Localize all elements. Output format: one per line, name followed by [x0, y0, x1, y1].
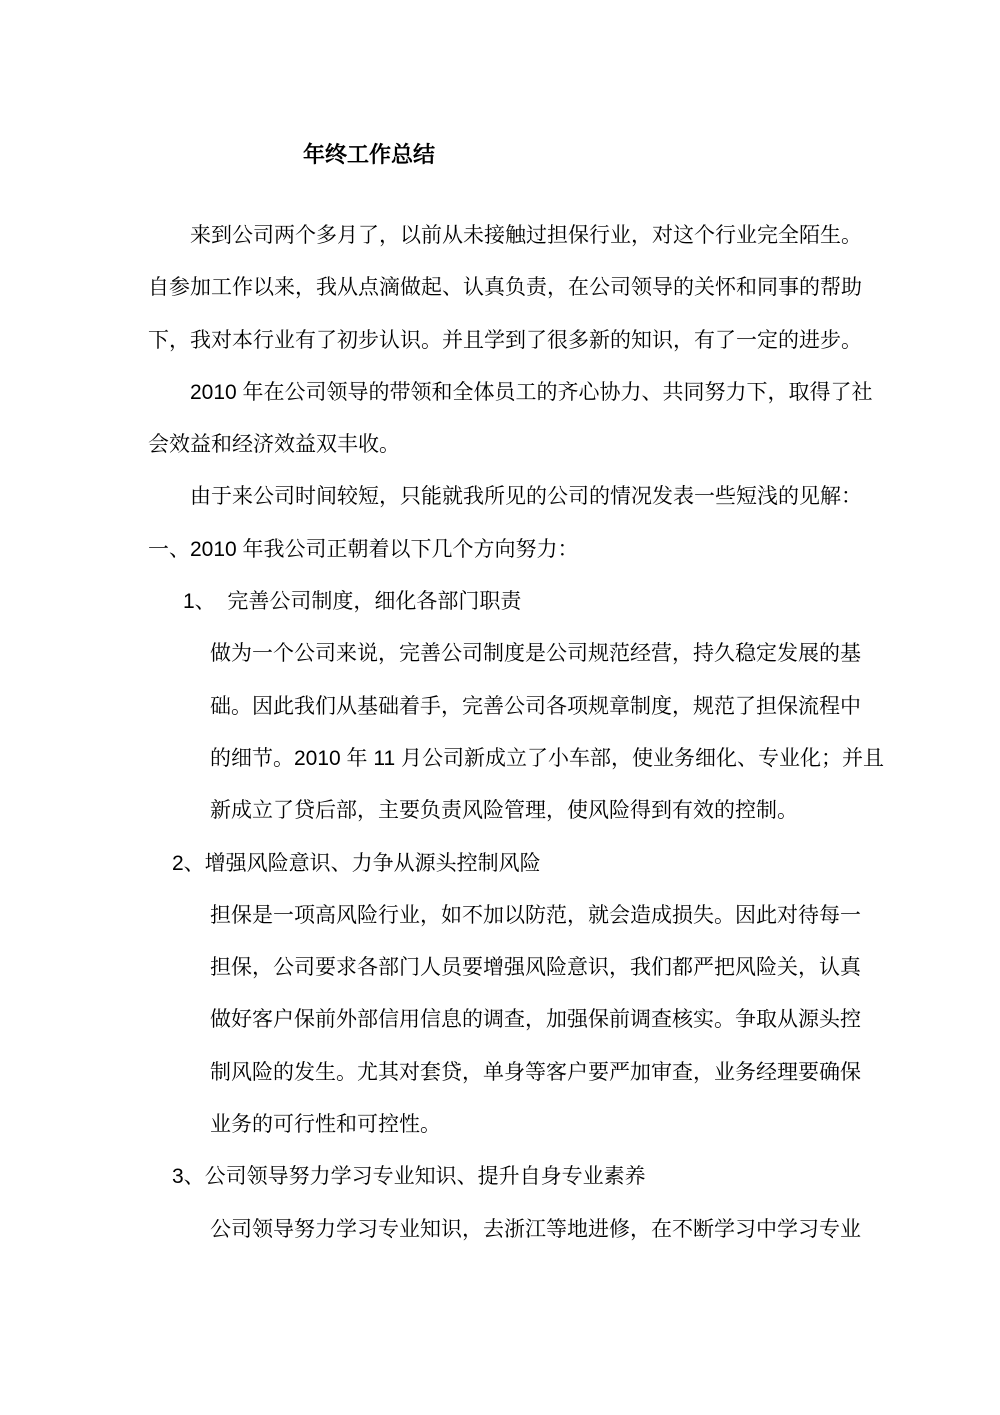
- text-line: 的细节。2010 年 11 月公司新成立了小车部，使业务细化、专业化；并且: [0, 733, 1000, 785]
- document-title: 年终工作总结: [303, 141, 435, 169]
- text-line: 1、 完善公司制度，细化各部门职责: [0, 576, 1000, 628]
- text-line: 会效益和经济效益双丰收。: [0, 419, 1000, 471]
- text-line: 础。因此我们从基础着手，完善公司各项规章制度，规范了担保流程中: [0, 681, 1000, 733]
- text-line: 新成立了贷后部，主要负责风险管理，使风险得到有效的控制。: [0, 785, 1000, 837]
- text-line: 下，我对本行业有了初步认识。并且学到了很多新的知识，有了一定的进步。: [0, 315, 1000, 367]
- text-line: 担保，公司要求各部门人员要增强风险意识，我们都严把风险关，认真: [0, 942, 1000, 994]
- document-page: 年终工作总结 来到公司两个多月了，以前从未接触过担保行业，对这个行业完全陌生。自…: [0, 0, 1000, 1415]
- text-line: 一、2010 年我公司正朝着以下几个方向努力：: [0, 524, 1000, 576]
- text-line: 做为一个公司来说，完善公司制度是公司规范经营，持久稳定发展的基: [0, 628, 1000, 680]
- document-body: 来到公司两个多月了，以前从未接触过担保行业，对这个行业完全陌生。自参加工作以来，…: [0, 210, 1000, 1256]
- text-line: 自参加工作以来，我从点滴做起、认真负责，在公司领导的关怀和同事的帮助: [0, 262, 1000, 314]
- text-line: 2010 年在公司领导的带领和全体员工的齐心协力、共同努力下，取得了社: [0, 367, 1000, 419]
- text-line: 公司领导努力学习专业知识，去浙江等地进修，在不断学习中学习专业: [0, 1204, 1000, 1256]
- text-line: 制风险的发生。尤其对套贷，单身等客户要严加审查，业务经理要确保: [0, 1047, 1000, 1099]
- text-line: 3、公司领导努力学习专业知识、提升自身专业素养: [0, 1151, 1000, 1203]
- text-line: 担保是一项高风险行业，如不加以防范，就会造成损失。因此对待每一: [0, 890, 1000, 942]
- text-line: 由于来公司时间较短，只能就我所见的公司的情况发表一些短浅的见解：: [0, 471, 1000, 523]
- text-line: 做好客户保前外部信用信息的调查，加强保前调查核实。争取从源头控: [0, 994, 1000, 1046]
- text-line: 来到公司两个多月了，以前从未接触过担保行业，对这个行业完全陌生。: [0, 210, 1000, 262]
- text-line: 2、增强风险意识、力争从源头控制风险: [0, 838, 1000, 890]
- text-line: 业务的可行性和可控性。: [0, 1099, 1000, 1151]
